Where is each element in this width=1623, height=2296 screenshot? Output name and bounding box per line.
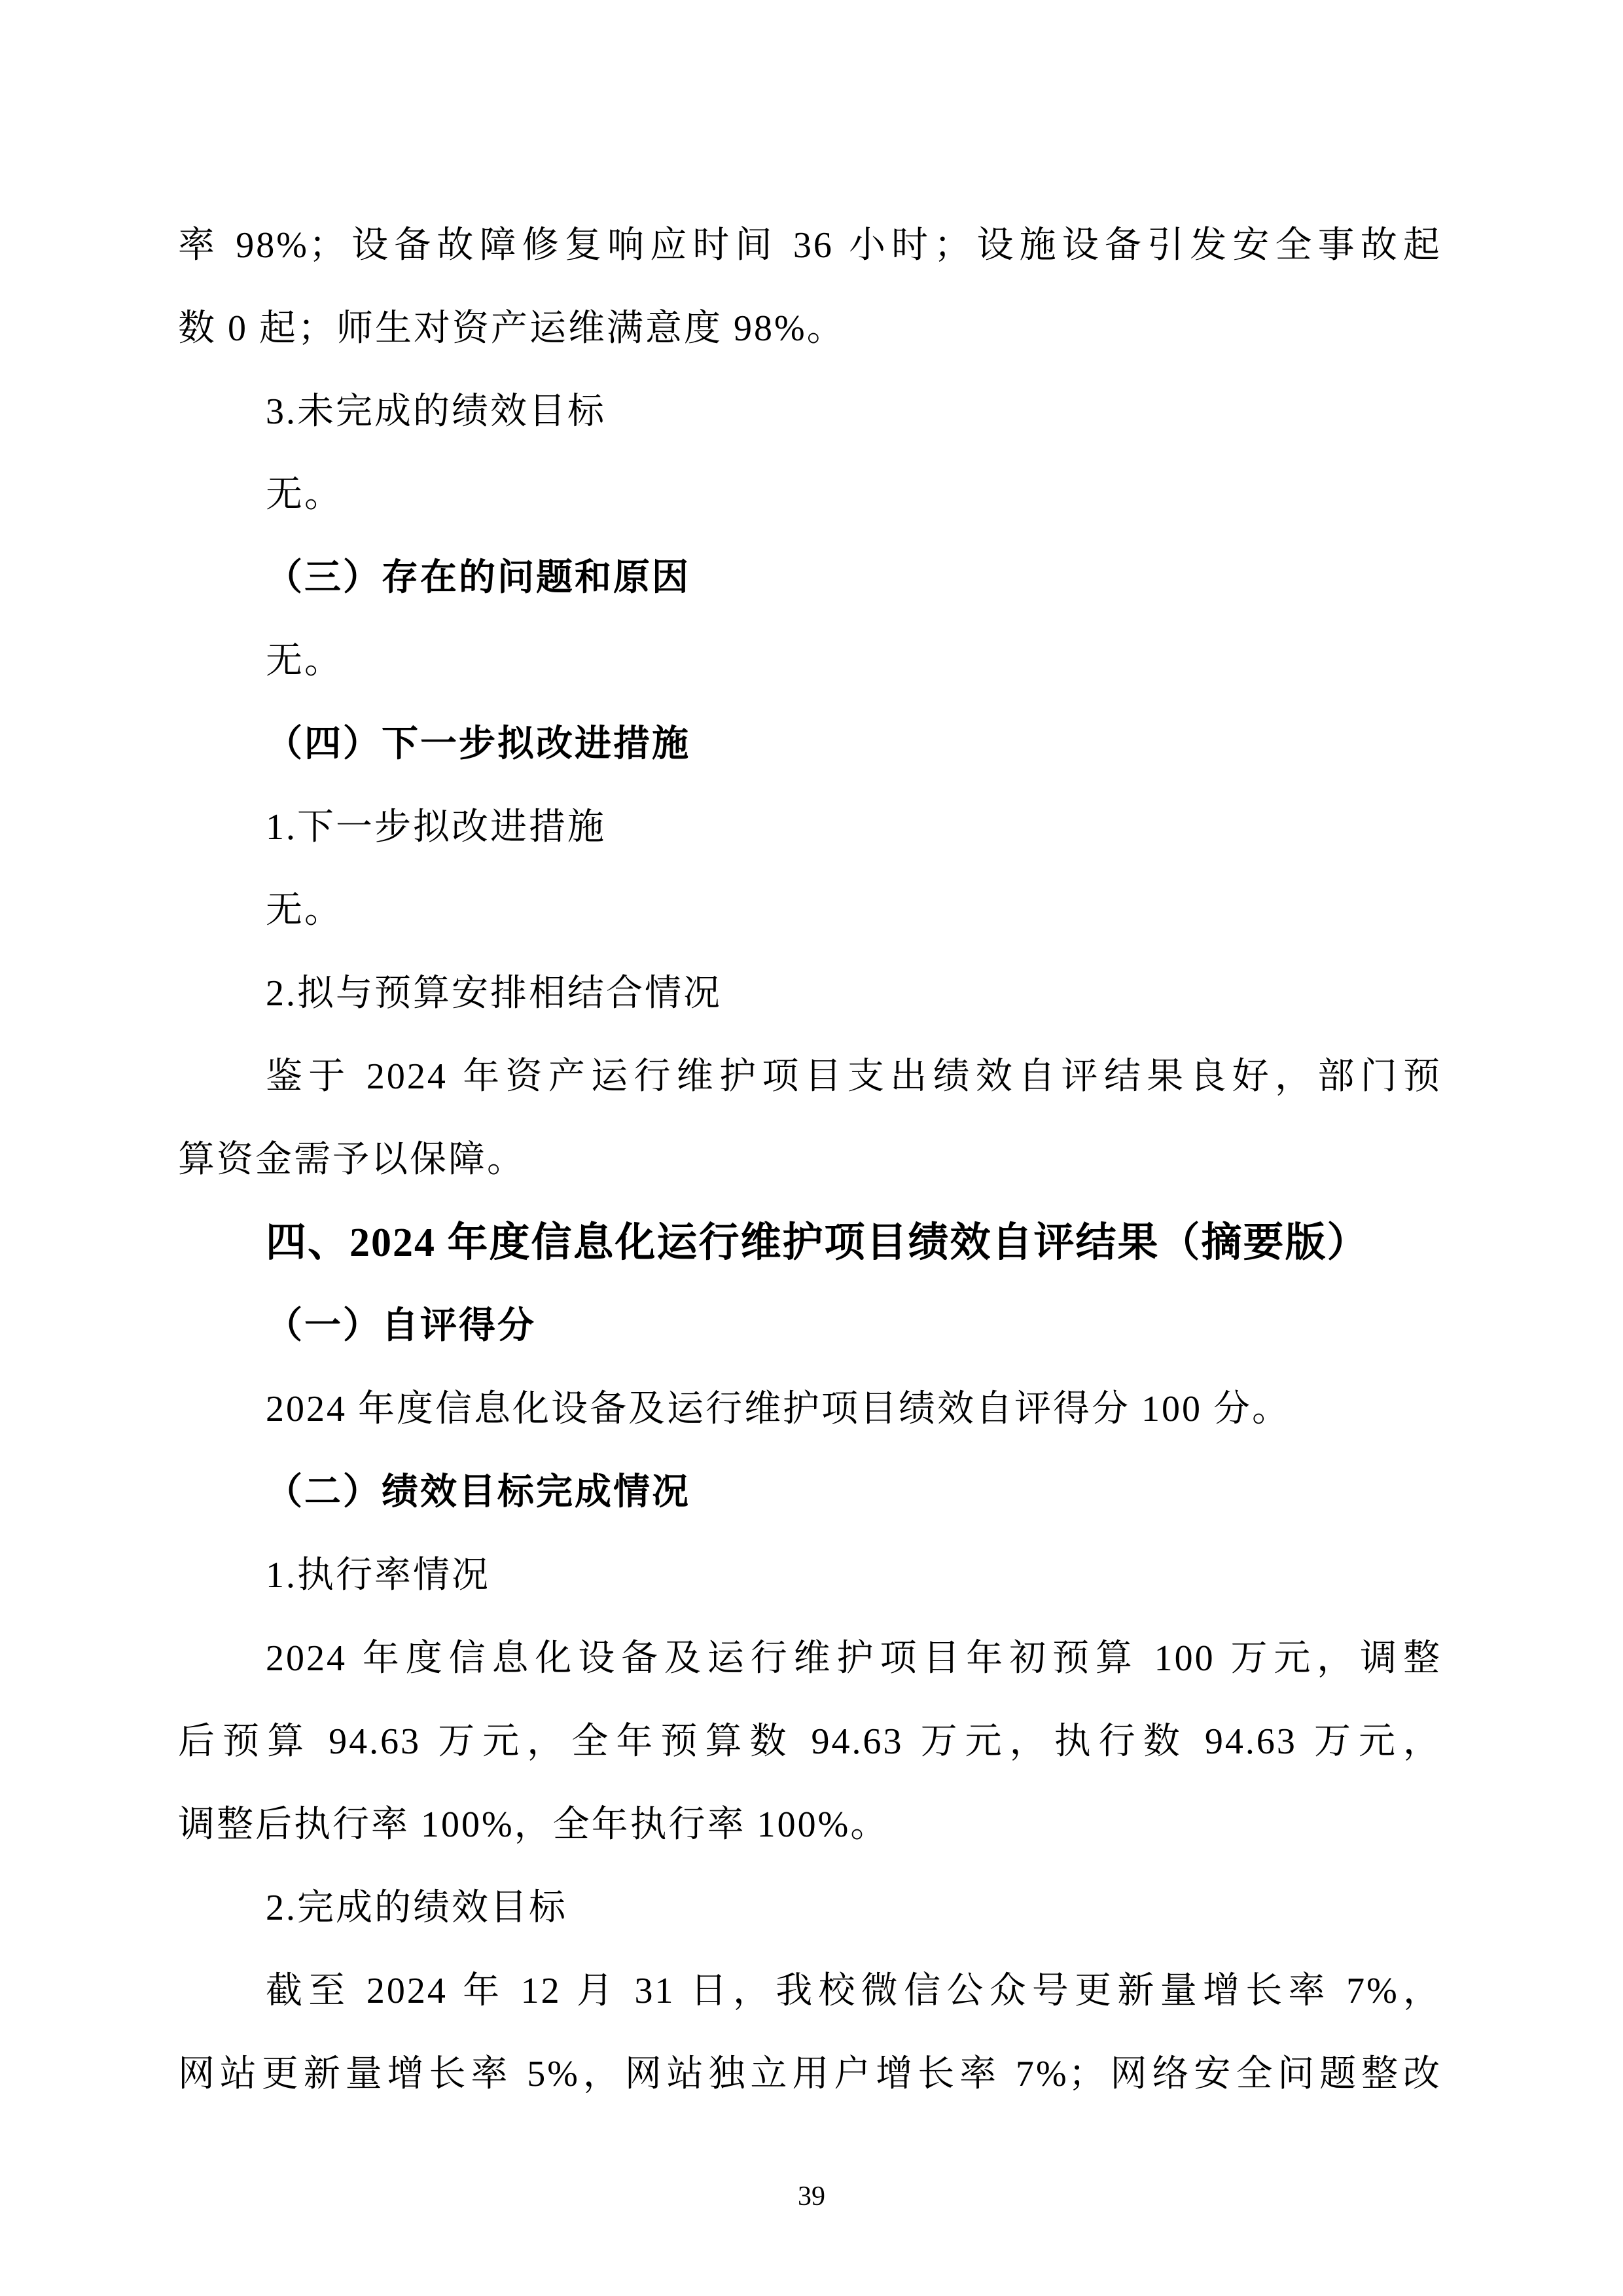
text-line: 网站更新量增长率 5%，网站独立用户增长率 7%；网络安全问题整改: [178, 2033, 1442, 2116]
text-line: 2024 年度信息化设备及运行维护项目绩效自评得分 100 分。: [178, 1368, 1442, 1451]
text-line: 无。: [178, 869, 1442, 952]
text-line: 2024 年度信息化设备及运行维护项目年初预算 100 万元，调整: [178, 1617, 1442, 1700]
text-line: 3.未完成的绩效目标: [178, 370, 1442, 454]
sub-heading-line: （四）下一步拟改进措施: [178, 703, 1442, 786]
sub-heading-line: （三）存在的问题和原因: [178, 537, 1442, 620]
document-body: 率 98%；设备故障修复响应时间 36 小时；设施设备引发安全事故起数 0 起；…: [178, 204, 1442, 2116]
text-line: 2.拟与预算安排相结合情况: [178, 952, 1442, 1035]
text-line: 数 0 起；师生对资产运维满意度 98%。: [178, 287, 1442, 370]
document-page: 率 98%；设备故障修复响应时间 36 小时；设施设备引发安全事故起数 0 起；…: [0, 0, 1623, 2296]
text-line: 无。: [178, 454, 1442, 537]
text-line: 算资金需予以保障。: [178, 1119, 1442, 1202]
text-line: 调整后执行率 100%，全年执行率 100%。: [178, 1784, 1442, 1867]
text-line: 无。: [178, 620, 1442, 703]
text-line: 率 98%；设备故障修复响应时间 36 小时；设施设备引发安全事故起: [178, 204, 1442, 287]
sub-heading-line: （二）绩效目标完成情况: [178, 1451, 1442, 1534]
text-line: 2.完成的绩效目标: [178, 1867, 1442, 1950]
page-number: 39: [0, 2157, 1623, 2236]
section-heading-line: 四、2024 年度信息化运行维护项目绩效自评结果（摘要版）: [178, 1202, 1442, 1285]
text-line: 鉴于 2024 年资产运行维护项目支出绩效自评结果良好，部门预: [178, 1035, 1442, 1119]
text-line: 1.下一步拟改进措施: [178, 786, 1442, 869]
text-line: 后预算 94.63 万元，全年预算数 94.63 万元，执行数 94.63 万元…: [178, 1700, 1442, 1784]
sub-heading-line: （一）自评得分: [178, 1285, 1442, 1368]
text-line: 截至 2024 年 12 月 31 日，我校微信公众号更新量增长率 7%，: [178, 1950, 1442, 2033]
text-line: 1.执行率情况: [178, 1534, 1442, 1617]
